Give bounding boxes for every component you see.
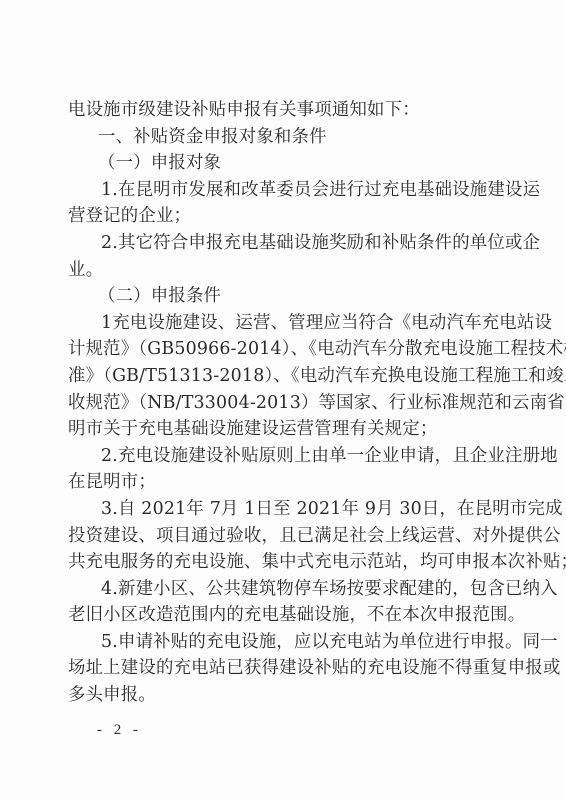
text-line: 业。 (68, 257, 504, 284)
text-line: 计规范》（GB50966-2014）、《电动汽车分散充电设施工程技术标 (68, 336, 504, 363)
section-heading: 一、补贴资金申报对象和条件 (68, 124, 504, 151)
text-line: 准》（GB/T51313-2018）、《电动汽车充换电设施工程施工和竣工验 (68, 363, 504, 390)
text-line: 共充电服务的充电设施、集中式充电示范站，均可申报本次补贴； (68, 549, 504, 576)
text-line: 在昆明市； (68, 469, 504, 496)
page-number: - 2 - (97, 722, 142, 739)
subsection-heading: （二）申报条件 (68, 283, 504, 310)
text-line: 2.充电设施建设补贴原则上由单一企业申请，且企业注册地 (68, 443, 504, 470)
document-page: 电设施市级建设补贴申报有关事项通知如下： 一、补贴资金申报对象和条件 （一）申报… (0, 0, 566, 800)
text-line: 投资建设、项目通过验收，且已满足社会上线运营、对外提供公 (68, 523, 504, 550)
text-line: 3.自 2021年 7月 1日至 2021年 9月 30日，在昆明市完成 (68, 496, 504, 523)
subsection-heading: （一）申报对象 (68, 150, 504, 177)
text-line: 5.申请补贴的充电设施，应以充电站为单位进行申报。同一 (68, 629, 504, 656)
text-line: 明市关于充电基础设施建设运营管理有关规定； (68, 416, 504, 443)
text-line: 电设施市级建设补贴申报有关事项通知如下： (68, 97, 504, 124)
document-body: 电设施市级建设补贴申报有关事项通知如下： 一、补贴资金申报对象和条件 （一）申报… (68, 97, 504, 709)
text-line: 营登记的企业； (68, 203, 504, 230)
text-line: 1充电设施建设、运营、管理应当符合《电动汽车充电站设 (68, 310, 504, 337)
text-line: 收规范》（NB/T33004-2013）等国家、行业标准规范和云南省、昆 (68, 390, 504, 417)
text-line: 多头申报。 (68, 682, 504, 709)
text-line: 1.在昆明市发展和改革委员会进行过充电基础设施建设运 (68, 177, 504, 204)
text-line: 2.其它符合申报充电基础设施奖励和补贴条件的单位或企 (68, 230, 504, 257)
text-line: 4.新建小区、公共建筑物停车场按要求配建的，包含已纳入 (68, 576, 504, 603)
text-line: 老旧小区改造范围内的充电基础设施，不在本次申报范围。 (68, 602, 504, 629)
text-line: 场址上建设的充电站已获得建设补贴的充电设施不得重复申报或 (68, 655, 504, 682)
